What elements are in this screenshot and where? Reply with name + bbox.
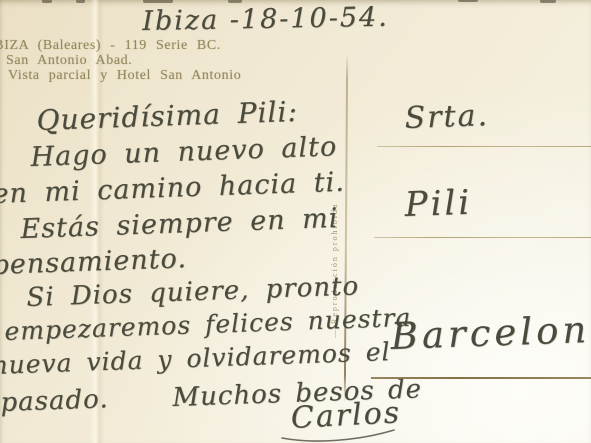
caption-place-line: San Antonio Abad. xyxy=(6,53,132,68)
edge-smudge xyxy=(42,0,52,3)
message-line: Queridísima Pili: xyxy=(36,95,298,137)
message-line: pasado. xyxy=(0,384,109,418)
message-line: Hago un nuevo alto xyxy=(30,131,338,173)
edge-smudge xyxy=(540,0,556,3)
signature-underline-flourish xyxy=(278,427,398,443)
postcard-back: Ibiza -18-10-54. IBIZA (Baleares) - 119 … xyxy=(0,0,591,443)
address-recipient-title: Srta. xyxy=(404,98,490,136)
edge-smudge xyxy=(143,0,173,3)
caption-view-line: Vista parcial y Hotel San Antonio xyxy=(8,68,241,83)
handwritten-date: Ibiza -18-10-54. xyxy=(142,2,389,37)
edge-smudge xyxy=(76,0,85,3)
address-city: Barcelona xyxy=(390,307,591,358)
message-line: Estás siempre en mi xyxy=(20,203,339,245)
edge-smudge xyxy=(458,0,478,2)
address-rule-3 xyxy=(371,377,591,379)
edge-smudge xyxy=(228,0,242,3)
caption-series-line: IBIZA (Baleares) - 119 Serie BC. xyxy=(0,38,221,53)
address-recipient-name: Pili xyxy=(404,183,473,225)
address-rule-2 xyxy=(374,237,591,238)
message-line: pensamiento. xyxy=(0,243,187,281)
address-rule-1 xyxy=(377,146,591,147)
